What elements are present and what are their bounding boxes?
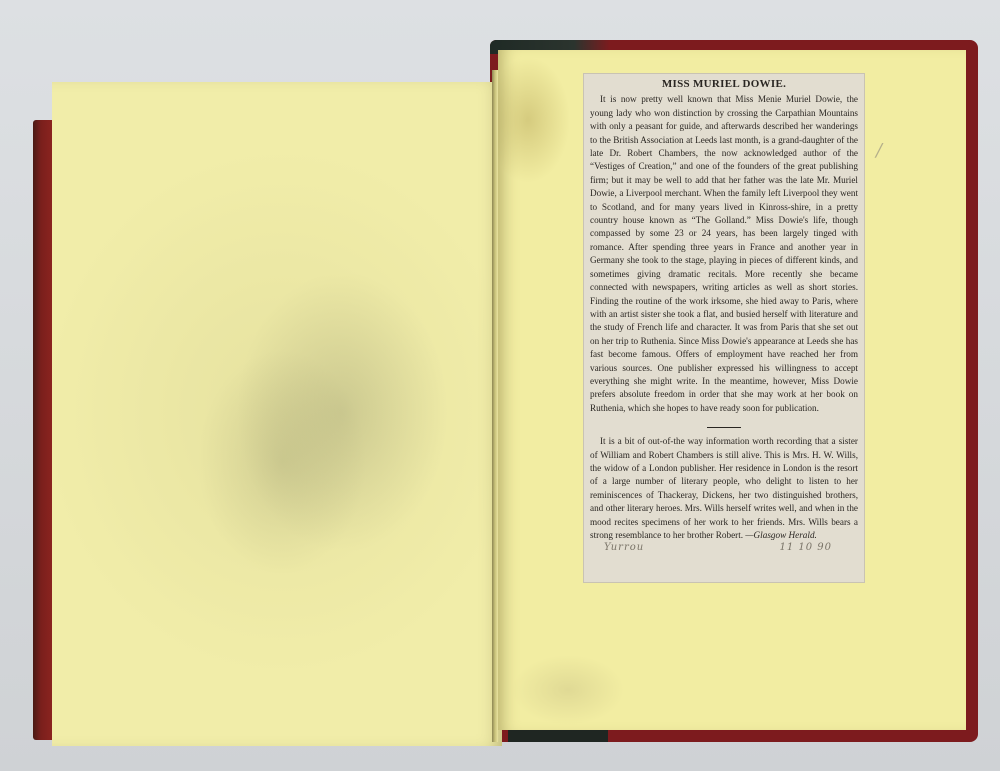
- clipping-divider: [707, 427, 741, 428]
- handwritten-annotation: Yurrou 11 10 90: [590, 541, 858, 554]
- newspaper-clipping: MISS MURIEL DOWIE. It is now pretty well…: [584, 74, 864, 582]
- handwritten-date: 11 10 90: [779, 541, 832, 554]
- clipping-title: MISS MURIEL DOWIE.: [590, 78, 858, 91]
- book-gutter: [492, 70, 498, 742]
- clipping-paragraph-1: It is now pretty well known that Miss Me…: [590, 93, 858, 415]
- handwritten-name: Yurrou: [604, 541, 644, 554]
- clipping-source: —Glasgow Herald.: [745, 530, 816, 540]
- left-endpaper: [52, 82, 502, 746]
- pencil-mark: /: [876, 140, 882, 161]
- clipping-paragraph-2: It is a bit of out-of-the way informatio…: [590, 435, 858, 542]
- book-photo: MISS MURIEL DOWIE. It is now pretty well…: [0, 0, 1000, 771]
- spine-bottom: [508, 730, 608, 742]
- clipping-paragraph-2-text: It is a bit of out-of-the way informatio…: [590, 436, 858, 540]
- left-cover-edge: [33, 120, 53, 740]
